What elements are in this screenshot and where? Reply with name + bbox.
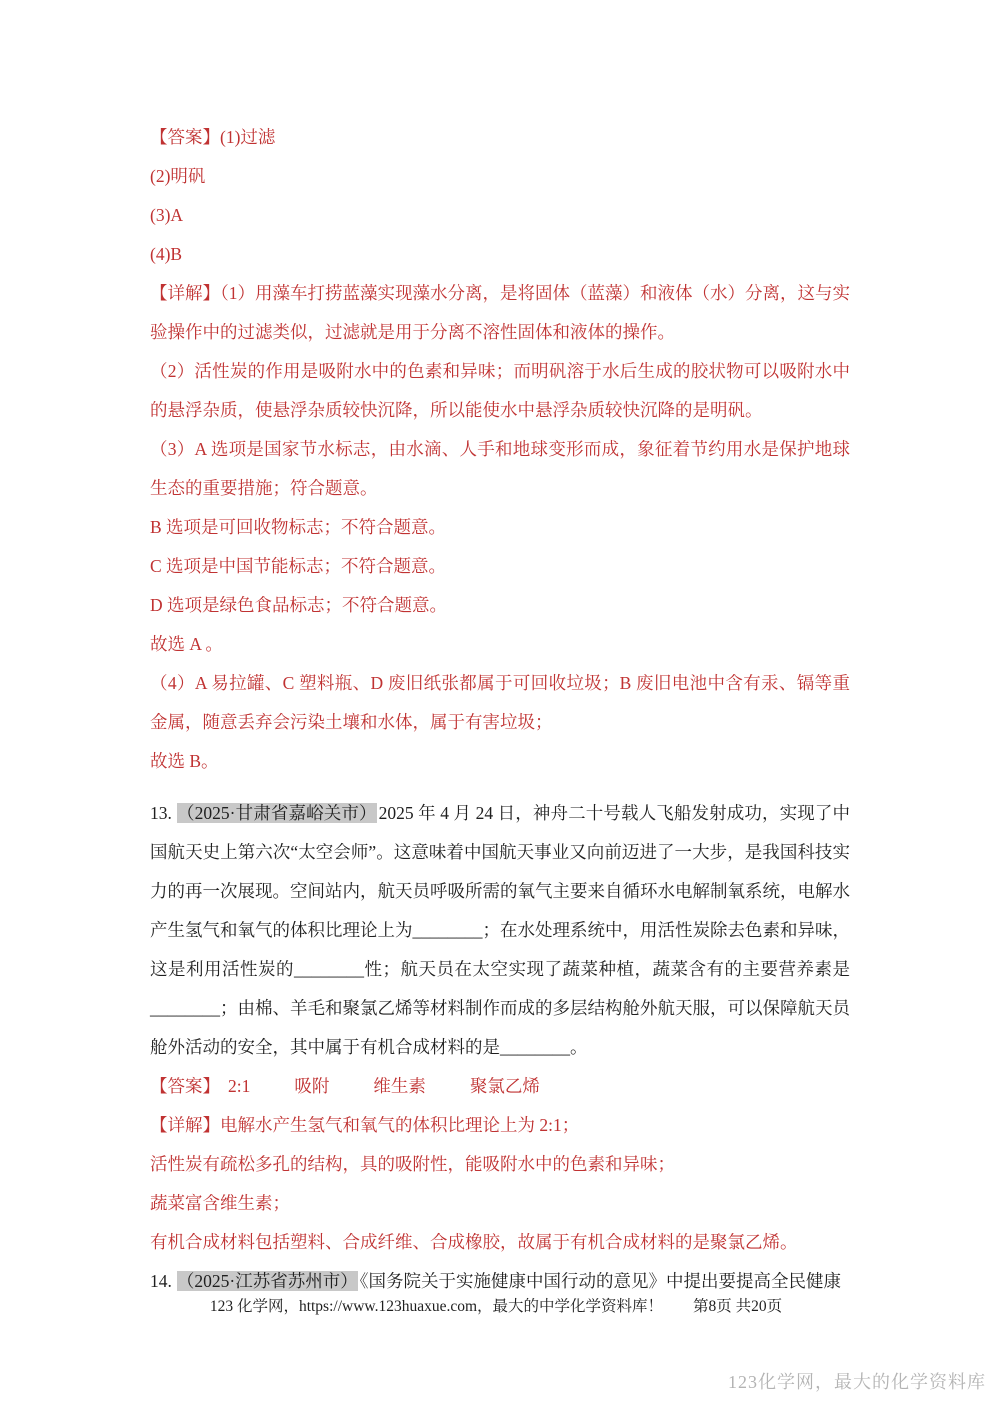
answer-13-blank-3: 维生素 <box>373 1076 426 1096</box>
question-14-number: 14. <box>150 1271 172 1291</box>
answer1-line-4: (4)B <box>150 235 850 274</box>
footer-page-number: 第8页 共20页 <box>693 1298 782 1315</box>
detail1-paragraph-3: （3）A 选项是国家节水标志，由水滴、人手和地球变形而成，象征着节约用水是保护地… <box>150 430 850 508</box>
answer-13-blank-2: 吸附 <box>294 1076 329 1096</box>
detail1-paragraph-1: 【详解】（1）用藻车打捞蓝藻实现藻水分离，是将固体（蓝藻）和液体（水）分离，这与… <box>150 274 850 352</box>
detail1-paragraph-9: 故选 B。 <box>150 742 850 781</box>
detail13-paragraph-2: 活性炭有疏松多孔的结构，具的吸附性，能吸附水中的色素和异味； <box>150 1145 850 1184</box>
watermark: 123化学网，最大的化学资料库 <box>728 1368 986 1394</box>
detail1-paragraph-2: （2）活性炭的作用是吸附水中的色素和异味；而明矾溶于水后生成的胶状物可以吸附水中… <box>150 352 850 430</box>
detail1-paragraph-7: 故选 A 。 <box>150 625 850 664</box>
question-13-body: 2025 年 4 月 24 日，神舟二十号载人飞船发射成功，实现了中国航天史上第… <box>150 803 850 1057</box>
question-13: 13.（2025·甘肃省嘉峪关市）2025 年 4 月 24 日，神舟二十号载人… <box>150 794 850 1067</box>
detail13-paragraph-3: 蔬菜富含维生素； <box>150 1184 850 1223</box>
answer1-line-2: (2)明矾 <box>150 157 850 196</box>
answer1-line-3: (3)A <box>150 196 850 235</box>
detail1-paragraph-4: B 选项是可回收物标志；不符合题意。 <box>150 508 850 547</box>
page-footer: 123 化学网，https://www.123huaxue.com，最大的中学化… <box>0 1294 992 1316</box>
document-page: 【答案】(1)过滤 (2)明矾 (3)A (4)B 【详解】（1）用藻车打捞蓝藻… <box>0 0 992 1403</box>
answer-13-blank-4: 聚氯乙烯 <box>470 1076 540 1096</box>
question-13-number: 13. <box>150 803 172 823</box>
answer-13-label: 【答案】 <box>150 1076 220 1096</box>
question-14-source-highlight: （2025·江苏省苏州市） <box>177 1271 358 1291</box>
answer1-line-1: 【答案】(1)过滤 <box>150 118 850 157</box>
detail1-paragraph-8: （4）A 易拉罐、C 塑料瓶、D 废旧纸张都属于可回收垃圾；B 废旧电池中含有汞… <box>150 664 850 742</box>
page-content: 【答案】(1)过滤 (2)明矾 (3)A (4)B 【详解】（1）用藻车打捞蓝藻… <box>150 118 850 1301</box>
detail13-paragraph-1: 【详解】电解水产生氢气和氧气的体积比理论上为 2:1； <box>150 1106 850 1145</box>
detail1-paragraph-6: D 选项是绿色食品标志；不符合题意。 <box>150 586 850 625</box>
question-14-body: 《国务院关于实施健康中国行动的意见》中提出要提高全民健康 <box>360 1271 841 1291</box>
answer-13: 【答案】2:1吸附维生素聚氯乙烯 <box>150 1067 850 1106</box>
footer-site-line: 123 化学网，https://www.123huaxue.com，最大的中学化… <box>210 1298 663 1315</box>
detail1-paragraph-5: C 选项是中国节能标志；不符合题意。 <box>150 547 850 586</box>
answer-13-blank-1: 2:1 <box>228 1076 250 1096</box>
question-13-source-highlight: （2025·甘肃省嘉峪关市） <box>177 803 377 823</box>
detail13-paragraph-4: 有机合成材料包括塑料、合成纤维、合成橡胶，故属于有机合成材料的是聚氯乙烯。 <box>150 1223 850 1262</box>
